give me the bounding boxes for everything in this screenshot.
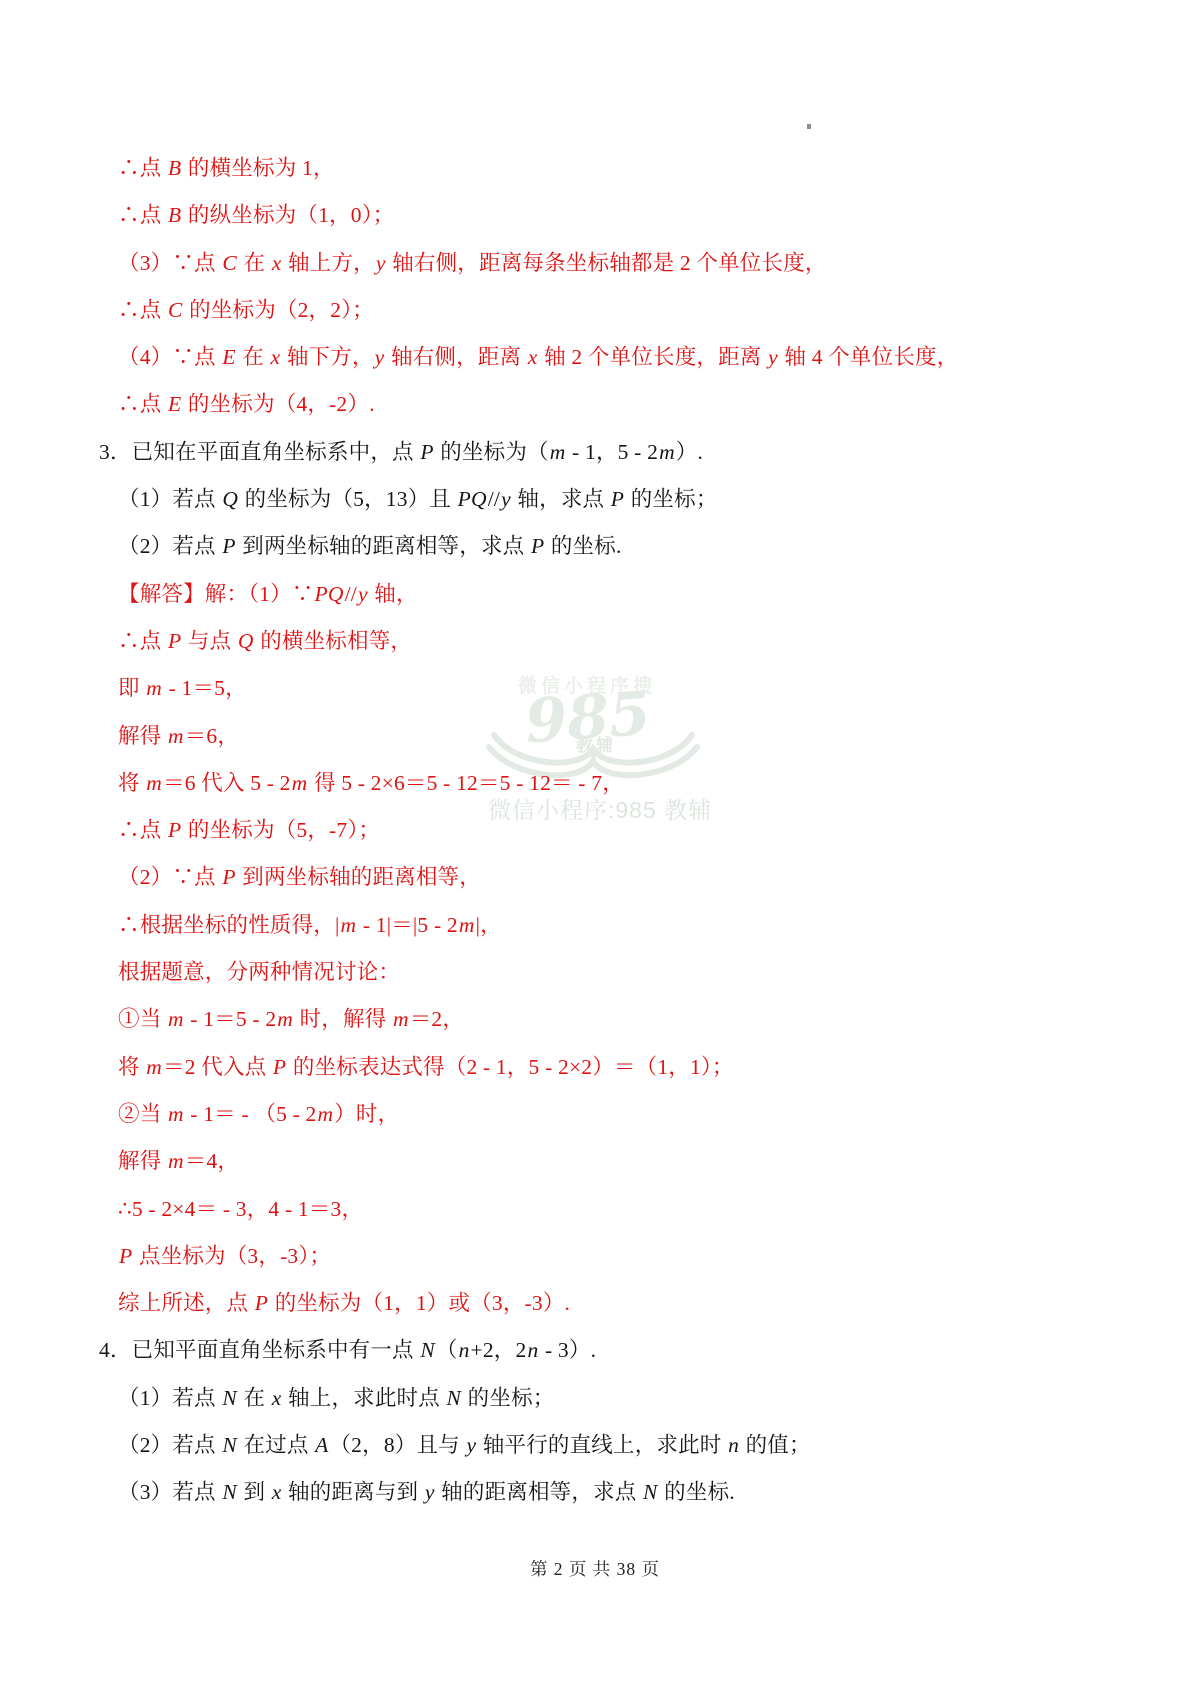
solution-line: 根据题意，分两种情况讨论： [0,949,1190,996]
solution-line: 解得 m＝6， [0,713,1190,760]
dot-artifact [807,124,811,129]
solution-line: ∴点 C 的坐标为（2，2）； [0,287,1190,334]
solution-line: ∴点 P 的坐标为（5，-7）； [0,807,1190,854]
solution-line: 综上所述，点 P 的坐标为（1，1）或（3，-3）. [0,1280,1190,1327]
document-lines: ∴点 B 的横坐标为 1，∴点 B 的纵坐标为（1，0）；（3）∵点 C 在 x… [0,145,1190,1517]
solution-line: ∴5 - 2×4＝ - 3，4 - 1＝3， [0,1186,1190,1233]
solution-line: ∴根据坐标的性质得，|m - 1|＝|5 - 2m|， [0,902,1190,949]
solution-line: ∴点 P 与点 Q 的横坐标相等， [0,618,1190,665]
solution-line: 解得 m＝4， [0,1138,1190,1185]
solution-line: ①当 m - 1＝5 - 2m 时，解得 m＝2， [0,996,1190,1043]
solution-line: 即 m - 1＝5， [0,665,1190,712]
solution-line: P 点坐标为（3，-3）； [0,1233,1190,1280]
solution-line: （3）∵点 C 在 x 轴上方，y 轴右侧，距离每条坐标轴都是 2 个单位长度， [0,240,1190,287]
solution-line: 将 m＝6 代入 5 - 2m 得 5 - 2×6＝5 - 12＝5 - 12＝… [0,760,1190,807]
problem-line: 3．已知在平面直角坐标系中，点 P 的坐标为（m - 1，5 - 2m）. [0,429,1190,476]
solution-line: （4）∵点 E 在 x 轴下方，y 轴右侧，距离 x 轴 2 个单位长度，距离 … [0,334,1190,381]
problem-line: 4．已知平面直角坐标系中有一点 N（n+2，2n - 3）. [0,1327,1190,1374]
solution-line: 将 m＝2 代入点 P 的坐标表达式得（2 - 1，5 - 2×2）＝（1，1）… [0,1044,1190,1091]
solution-line: 【解答】解：（1）∵PQ//y 轴， [0,571,1190,618]
solution-line: ②当 m - 1＝ - （5 - 2m）时， [0,1091,1190,1138]
problem-line: （3）若点 N 到 x 轴的距离与到 y 轴的距离相等，求点 N 的坐标. [0,1469,1190,1516]
solution-line: ∴点 B 的纵坐标为（1，0）； [0,192,1190,239]
solution-line: （2）∵点 P 到两坐标轴的距离相等， [0,854,1190,901]
problem-line: （1）若点 Q 的坐标为（5，13）且 PQ//y 轴，求点 P 的坐标； [0,476,1190,523]
solution-line: ∴点 B 的横坐标为 1， [0,145,1190,192]
problem-line: （1）若点 N 在 x 轴上，求此时点 N 的坐标； [0,1375,1190,1422]
page-footer: 第 2 页 共 38 页 [0,1556,1190,1581]
document-page: 微信小程序搜 985 教辅 微信小程序:985 教辅 ∴点 B 的横坐标为 1，… [0,0,1190,1683]
problem-line: （2）若点 P 到两坐标轴的距离相等，求点 P 的坐标. [0,523,1190,570]
problem-line: （2）若点 N 在过点 A（2，8）且与 y 轴平行的直线上，求此时 n 的值； [0,1422,1190,1469]
solution-line: ∴点 E 的坐标为（4，-2）. [0,381,1190,428]
